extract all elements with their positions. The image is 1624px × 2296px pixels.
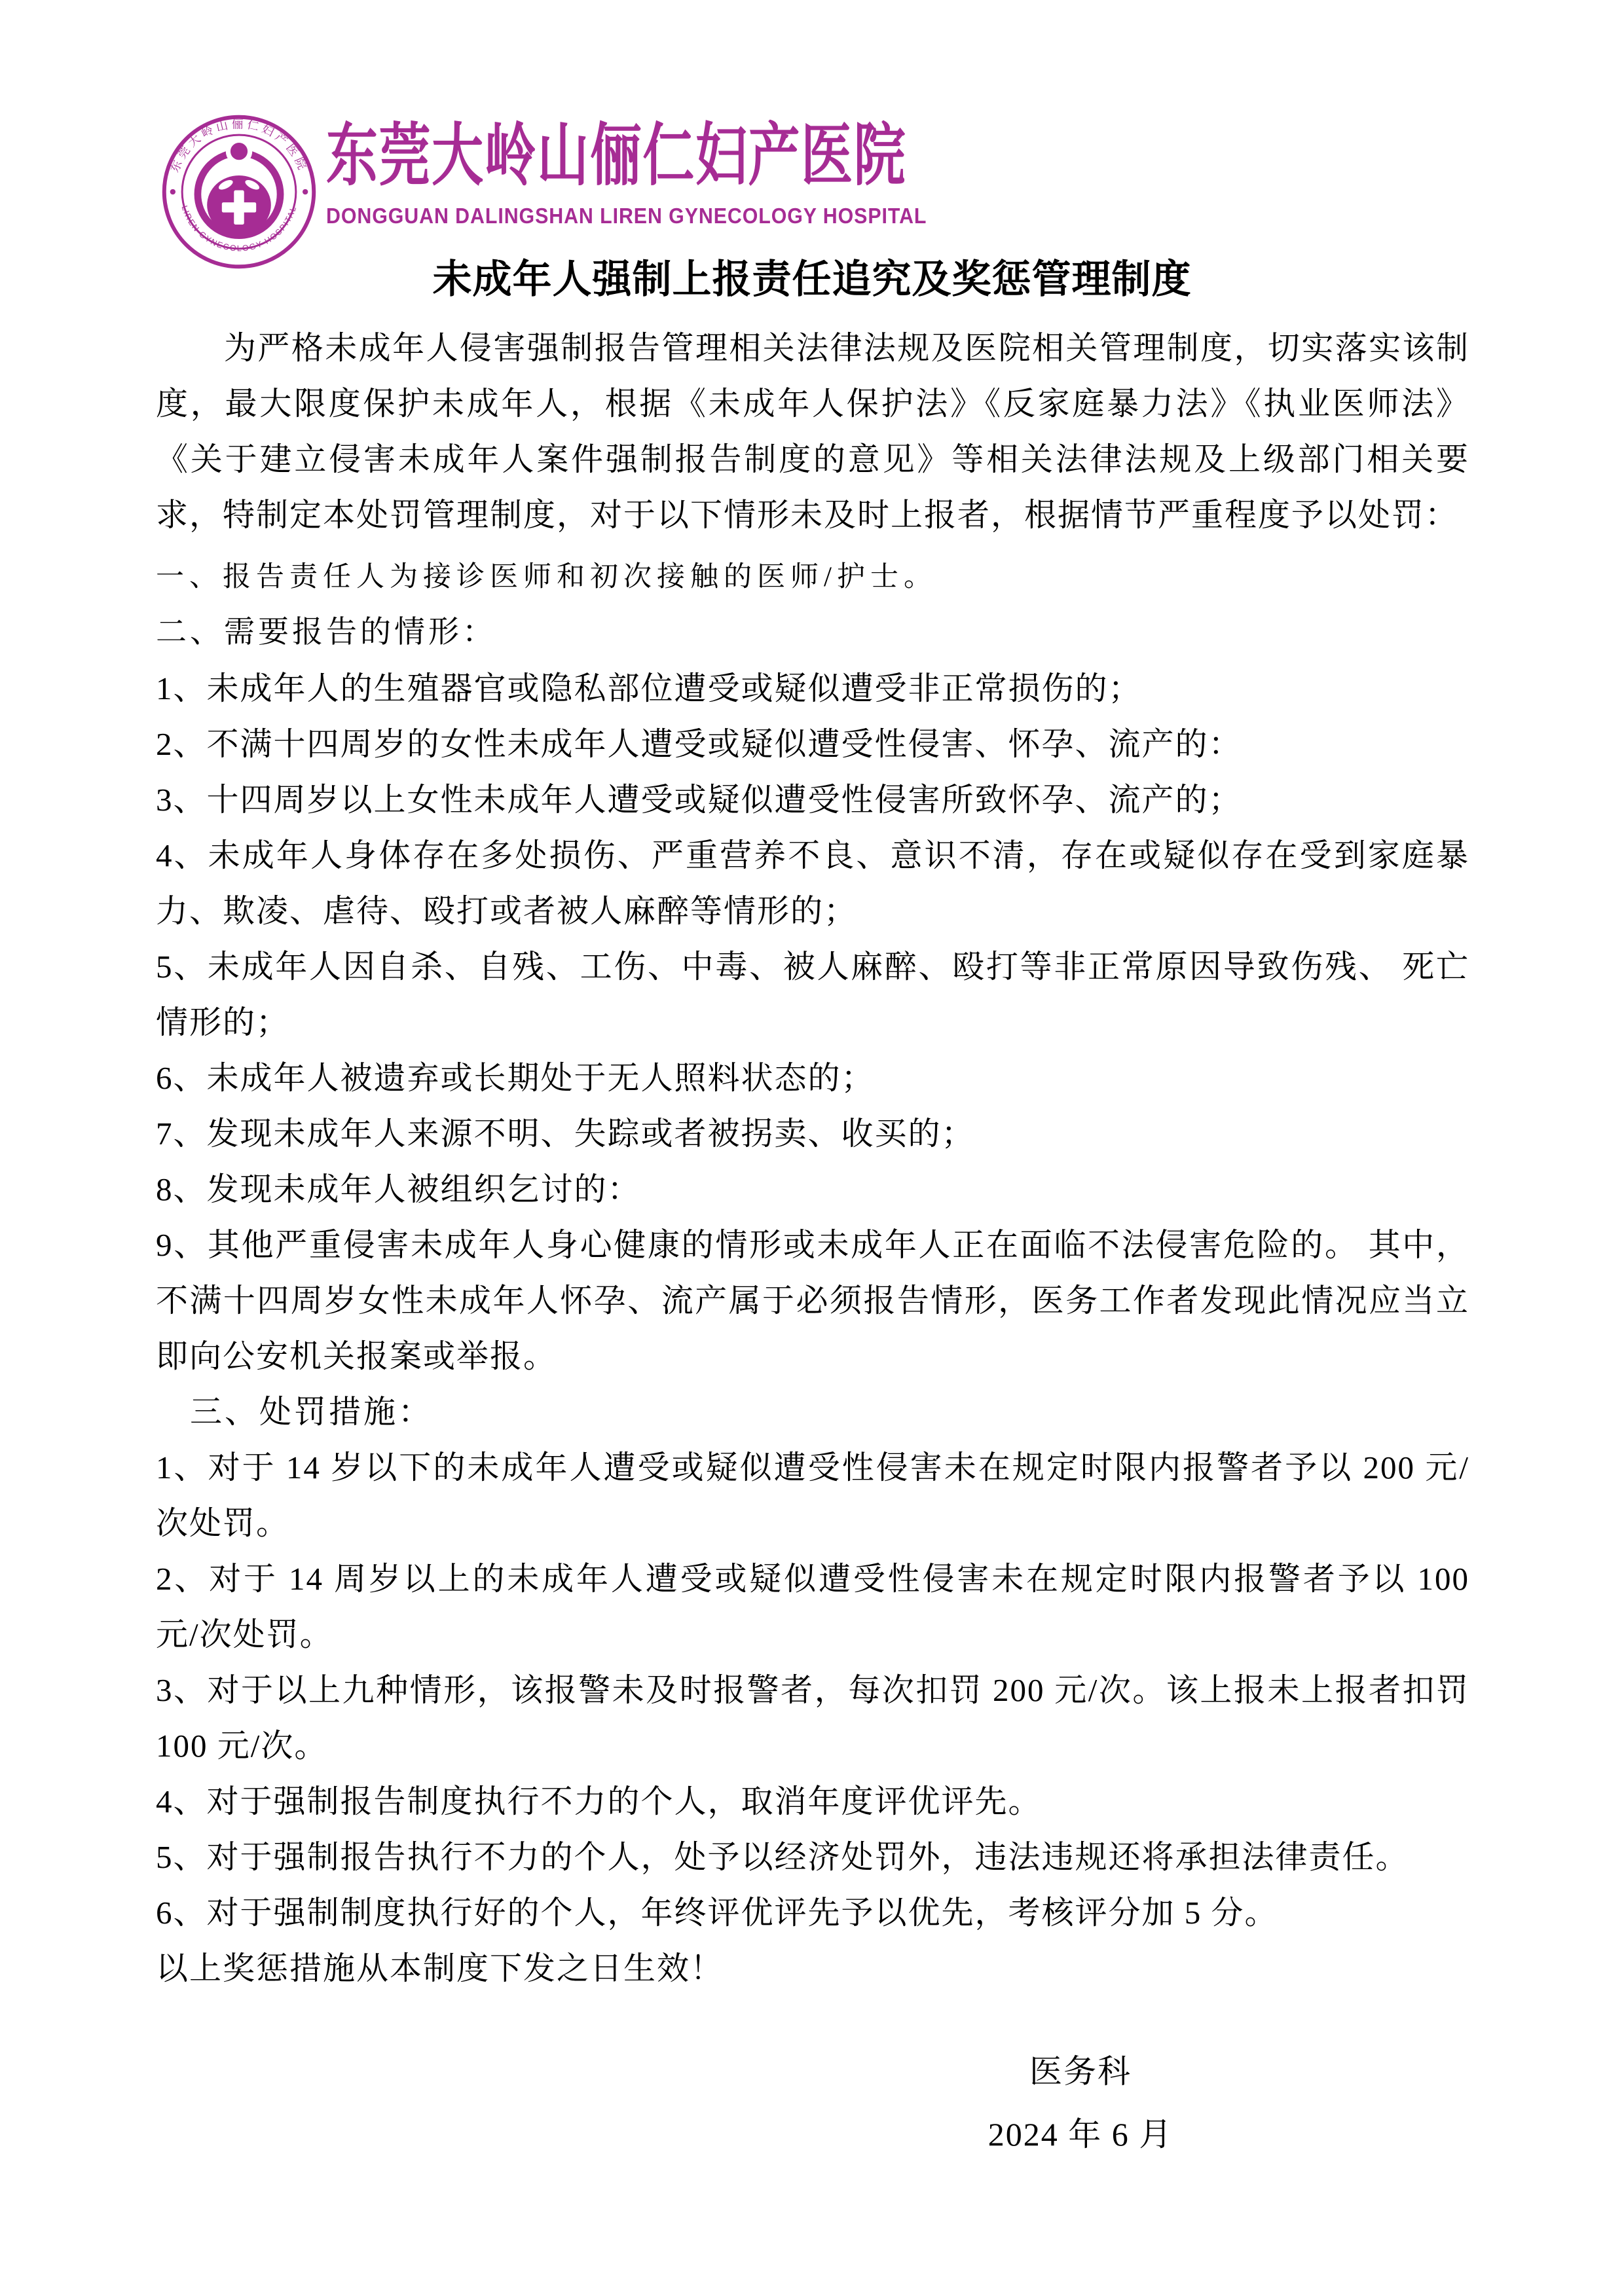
punishment-item-5: 5、对于强制报告执行不力的个人，处予以经济处罚外，违法违规还将承担法律责任。 (156, 1829, 1469, 1885)
section-1-line: 一、报告责任人为接诊医师和初次接触的医师/护士。 (156, 549, 1469, 605)
hospital-name-zh: 东莞大岭山俪仁妇产医院 (326, 119, 906, 192)
hospital-name-en: DONGGUAN DALINGSHAN LIREN GYNECOLOGY HOS… (326, 203, 1029, 229)
report-item-6: 6、未成年人被遗弃或长期处于无人照料状态的； (156, 1050, 1469, 1106)
mother-child-figure-icon (198, 140, 280, 235)
section-2-heading: 二、需要报告的情形： (156, 605, 1469, 661)
punishment-item-4: 4、对于强制报告制度执行不力的个人，取消年度评优评先。 (156, 1774, 1469, 1829)
document-title: 未成年人强制上报责任追究及奖惩管理制度 (0, 255, 1624, 304)
report-item-2: 2、不满十四周岁的女性未成年人遭受或疑似遭受性侵害、怀孕、流产的： (156, 716, 1469, 772)
report-item-8: 8、发现未成年人被组织乞讨的： (156, 1161, 1469, 1217)
intro-paragraph: 为严格未成年人侵害强制报告管理相关法律法规及医院相关管理制度，切实落实该制度，最… (156, 320, 1469, 543)
report-item-7: 7、发现未成年人来源不明、失踪或者被拐卖、收买的； (156, 1106, 1469, 1161)
signature-date: 2024 年 6 月 (943, 2103, 1218, 2166)
report-item-1: 1、未成年人的生殖器官或隐私部位遭受或疑似遭受非正常损伤的； (156, 661, 1469, 716)
signature-department: 医务科 (943, 2040, 1218, 2103)
hospital-logo: 东莞大岭山俪仁妇产医院 LIREN GYNECOLOGY HOSPITAL 东莞… (161, 114, 1090, 270)
hospital-emblem-icon: 东莞大岭山俪仁妇产医院 LIREN GYNECOLOGY HOSPITAL (161, 114, 317, 270)
effective-note: 以上奖惩措施从本制度下发之日生效！ (156, 1941, 1469, 1996)
punishment-item-3: 3、对于以上九种情形，该报警未及时报警者，每次扣罚 200 元/次。该上报未上报… (156, 1662, 1469, 1774)
document-page: 东莞大岭山俪仁妇产医院 LIREN GYNECOLOGY HOSPITAL 东莞… (0, 0, 1624, 2296)
signature-block: 医务科 2024 年 6 月 (943, 2040, 1218, 2166)
report-item-5: 5、未成年人因自杀、自残、工伤、中毒、被人麻醉、殴打等非正常原因导致伤残、 死亡… (156, 939, 1469, 1050)
document-body: 为严格未成年人侵害强制报告管理相关法律法规及医院相关管理制度，切实落实该制度，最… (156, 320, 1469, 1996)
hospital-name-block: 东莞大岭山俪仁妇产医院 DONGGUAN DALINGSHAN LIREN GY… (326, 114, 1090, 229)
punishment-item-6: 6、对于强制制度执行好的个人，年终评优评先予以优先，考核评分加 5 分。 (156, 1885, 1469, 1941)
punishment-item-2: 2、对于 14 周岁以上的未成年人遭受或疑似遭受性侵害未在规定时限内报警者予以 … (156, 1551, 1469, 1662)
report-item-9: 9、其他严重侵害未成年人身心健康的情形或未成年人正在面临不法侵害危险的。 其中，… (156, 1217, 1469, 1384)
report-item-4: 4、未成年人身体存在多处损伤、严重营养不良、意识不清，存在或疑似存在受到家庭暴力… (156, 828, 1469, 939)
section-3-heading: 三、处罚措施： (156, 1384, 1469, 1440)
report-item-3: 3、十四周岁以上女性未成年人遭受或疑似遭受性侵害所致怀孕、流产的； (156, 772, 1469, 828)
punishment-item-1: 1、对于 14 岁以下的未成年人遭受或疑似遭受性侵害未在规定时限内报警者予以 2… (156, 1440, 1469, 1551)
